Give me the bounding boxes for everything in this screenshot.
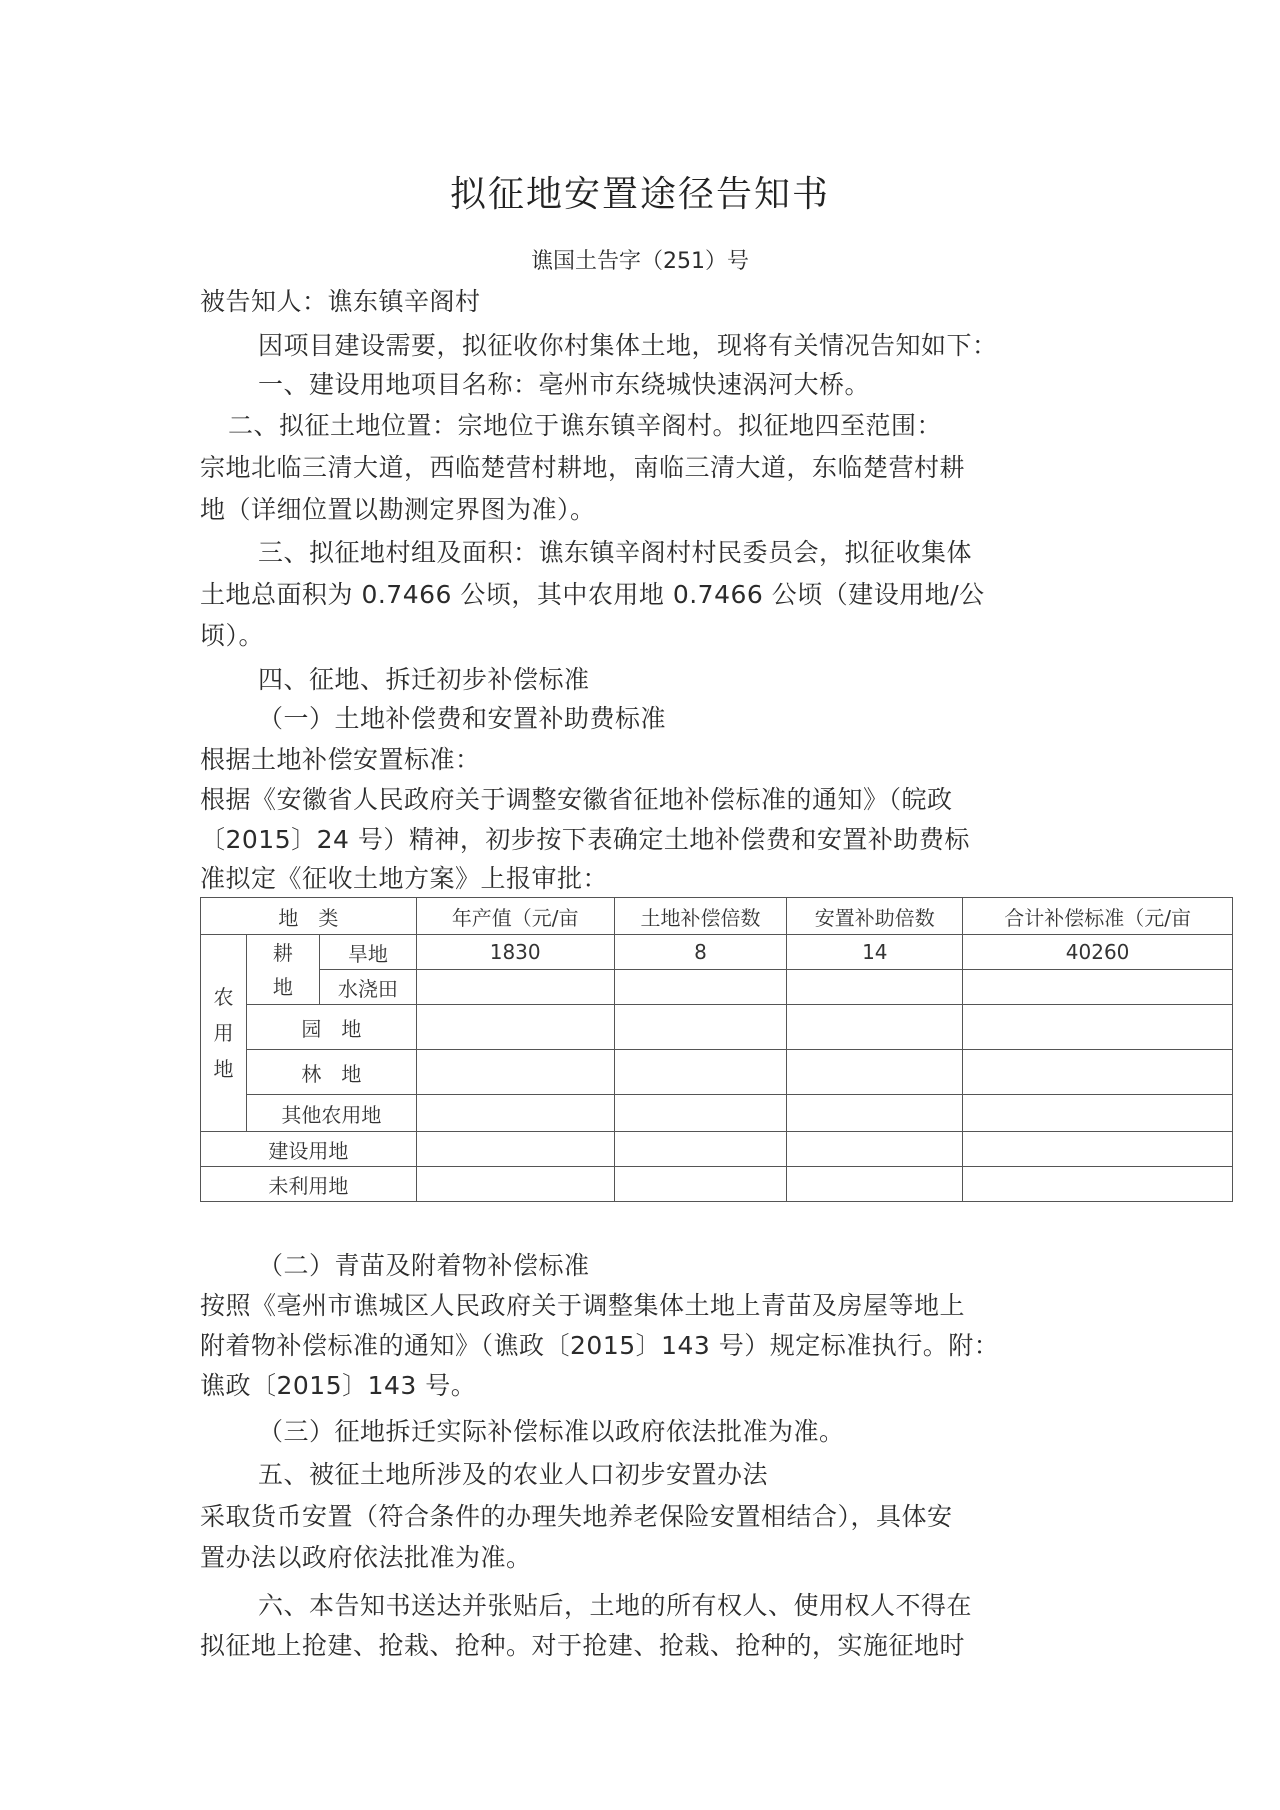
crops-standard-cont: 附着物补偿标准的通知》（谯政〔2015〕143 号）规定标准执行。附： <box>200 1326 999 1362</box>
cultivated-char: 地 <box>247 970 319 1004</box>
section-3-area: 三、拟征地村组及面积：谯东镇辛阁村村民委员会，拟征收集体 <box>258 533 972 569</box>
row-label: 旱地 <box>319 935 416 970</box>
annual-value-cell <box>416 1005 614 1050</box>
section-2-location: 二、拟征土地位置：宗地位于谯东镇辛阁村。拟征地四至范围： <box>228 406 942 442</box>
header-annual-value: 年产值（元/亩 <box>416 898 614 935</box>
cultivated-char: 耕 <box>247 936 319 970</box>
section-5-heading: 五、被征土地所涉及的农业人口初步安置办法 <box>258 1455 768 1491</box>
table-row: 林 地 <box>201 1050 1233 1095</box>
crops-standard: 按照《亳州市谯城区人民政府关于调整集体土地上青苗及房屋等地上 <box>200 1286 965 1322</box>
standard-basis: 根据土地补偿安置标准： <box>200 740 481 776</box>
table-header-row: 地 类 年产值（元/亩 土地补偿倍数 安置补助倍数 合计补偿标准（元/亩 <box>201 898 1233 935</box>
table-row: 农 用 地 耕 地 旱地 1830 8 14 40260 <box>201 935 1233 970</box>
section-6-cont: 拟征地上抢建、抢栽、抢种。对于抢建、抢栽、抢种的，实施征地时 <box>200 1626 965 1662</box>
row-label: 未利用地 <box>201 1167 417 1202</box>
land-multiple-cell: 8 <box>614 935 787 970</box>
cultivated-group-label: 耕 地 <box>246 935 319 1005</box>
annual-value-cell <box>416 1132 614 1167</box>
resettle-multiple-cell <box>787 1050 963 1095</box>
header-resettle-multiple: 安置补助倍数 <box>787 898 963 935</box>
resettle-multiple-cell <box>787 1132 963 1167</box>
table-row: 水浇田 <box>201 970 1233 1005</box>
annual-value-cell: 1830 <box>416 935 614 970</box>
land-multiple-cell <box>614 1095 787 1132</box>
farmland-group-label: 农 用 地 <box>201 935 247 1132</box>
resettle-multiple-cell: 14 <box>787 935 963 970</box>
document-number: 谯国土告字（251）号 <box>0 244 1280 275</box>
annual-value-cell <box>416 1050 614 1095</box>
section-3-area-cont: 土地总面积为 0.7466 公顷，其中农用地 0.7466 公顷（建设用地/公 <box>200 575 985 611</box>
resettle-multiple-cell <box>787 1167 963 1202</box>
document-title: 拟征地安置途径告知书 <box>0 166 1280 217</box>
standard-reference-end: 准拟定《征收土地方案》上报审批： <box>200 859 608 895</box>
resettle-multiple-cell <box>787 1005 963 1050</box>
land-multiple-cell <box>614 1005 787 1050</box>
total-cell <box>963 1132 1233 1167</box>
total-cell: 40260 <box>963 935 1233 970</box>
row-label: 其他农用地 <box>246 1095 416 1132</box>
resettle-multiple-cell <box>787 1095 963 1132</box>
section-5-method: 采取货币安置（符合条件的办理失地养老保险安置相结合），具体安 <box>200 1497 953 1533</box>
total-cell <box>963 1167 1233 1202</box>
farmland-char: 农 <box>201 979 246 1015</box>
header-total: 合计补偿标准（元/亩 <box>963 898 1233 935</box>
table-row: 未利用地 <box>201 1167 1233 1202</box>
total-cell <box>963 1050 1233 1095</box>
section-5-method-cont: 置办法以政府依法批准为准。 <box>200 1538 532 1574</box>
section-2-boundaries-cont: 地（详细位置以勘测定界图为准）。 <box>200 490 596 526</box>
standard-reference: 根据《安徽省人民政府关于调整安徽省征地补偿标准的通知》（皖政 <box>200 780 953 816</box>
row-label: 水浇田 <box>319 970 416 1005</box>
section-1-project-name: 一、建设用地项目名称：亳州市东绕城快速涡河大桥。 <box>258 365 870 401</box>
farmland-char: 用 <box>201 1015 246 1051</box>
annual-value-cell <box>416 970 614 1005</box>
farmland-char: 地 <box>201 1051 246 1087</box>
table-row: 其他农用地 <box>201 1095 1233 1132</box>
land-multiple-cell <box>614 1132 787 1167</box>
compensation-table: 地 类 年产值（元/亩 土地补偿倍数 安置补助倍数 合计补偿标准（元/亩 农 用… <box>200 897 1233 1202</box>
section-3-area-end: 顷）。 <box>200 616 264 652</box>
table-row: 园 地 <box>201 1005 1233 1050</box>
recipient-line: 被告知人：谯东镇辛阁村 <box>200 282 481 318</box>
land-multiple-cell <box>614 970 787 1005</box>
document-page: 拟征地安置途径告知书 谯国土告字（251）号 被告知人：谯东镇辛阁村 因项目建设… <box>0 0 1280 1810</box>
total-cell <box>963 1005 1233 1050</box>
annual-value-cell <box>416 1167 614 1202</box>
row-label: 建设用地 <box>201 1132 417 1167</box>
section-4-2-heading: （二）青苗及附着物补偿标准 <box>258 1246 590 1282</box>
crops-standard-end: 谯政〔2015〕143 号。 <box>200 1366 476 1402</box>
annual-value-cell <box>416 1095 614 1132</box>
row-label: 园 地 <box>246 1005 416 1050</box>
standard-reference-cont: 〔2015〕24 号）精神，初步按下表确定土地补偿费和安置补助费标 <box>200 820 970 856</box>
section-4-1-heading: （一）土地补偿费和安置补助费标准 <box>258 699 666 735</box>
land-multiple-cell <box>614 1050 787 1095</box>
intro-paragraph: 因项目建设需要，拟征收你村集体土地，现将有关情况告知如下： <box>258 326 998 362</box>
section-2-boundaries: 宗地北临三清大道，西临楚营村耕地，南临三清大道，东临楚营村耕 <box>200 448 965 484</box>
section-4-heading: 四、征地、拆迁初步补偿标准 <box>258 660 590 696</box>
row-label: 林 地 <box>246 1050 416 1095</box>
resettle-multiple-cell <box>787 970 963 1005</box>
total-cell <box>963 1095 1233 1132</box>
section-4-3: （三）征地拆迁实际补偿标准以政府依法批准为准。 <box>258 1412 845 1448</box>
land-multiple-cell <box>614 1167 787 1202</box>
table-row: 建设用地 <box>201 1132 1233 1167</box>
header-land-multiple: 土地补偿倍数 <box>614 898 787 935</box>
section-6: 六、本告知书送达并张贴后，土地的所有权人、使用权人不得在 <box>258 1586 972 1622</box>
total-cell <box>963 970 1233 1005</box>
header-land-type: 地 类 <box>201 898 417 935</box>
